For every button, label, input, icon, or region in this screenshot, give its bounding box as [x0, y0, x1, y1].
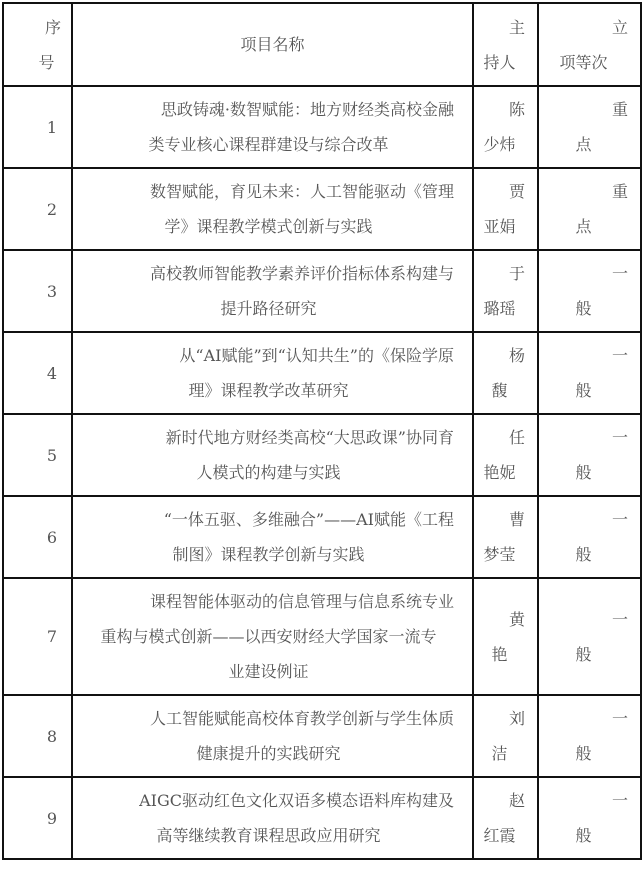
project-title: AIGC驱动红色文化双语多模态语料库构建及高等继续教育课程思政应用研究 [72, 777, 473, 859]
level-line1: 一 [539, 502, 628, 537]
project-table: 序 号 项目名称 主 持人 立 项等次 1思政铸魂·数智赋能：地方财经类高校金融… [2, 2, 642, 860]
host-line1: 于 [474, 256, 525, 291]
project-level: 一般 [538, 250, 641, 332]
host-line2: 艳 [474, 637, 525, 672]
level-line1: 一 [539, 338, 628, 373]
row-index: 1 [3, 86, 72, 168]
table-row: 3高校教师智能教学素养评价指标体系构建与提升路径研究于璐瑶一般 [3, 250, 641, 332]
project-title-line: 数智赋能，育见未来：人工智能驱动《管理 [83, 174, 454, 209]
project-title-line: 学》课程教学模式创新与实践 [83, 209, 454, 244]
header-host-line1: 主 [474, 10, 525, 45]
row-index: 8 [3, 695, 72, 777]
project-level: 重点 [538, 86, 641, 168]
project-title-line: 业建设例证 [83, 654, 454, 689]
level-line1: 重 [539, 92, 628, 127]
host-line1: 杨 [474, 338, 525, 373]
project-host: 贾亚娟 [473, 168, 538, 250]
table-row: 2数智赋能，育见未来：人工智能驱动《管理学》课程教学模式创新与实践贾亚娟重点 [3, 168, 641, 250]
project-host: 陈少炜 [473, 86, 538, 168]
table-row: 7课程智能体驱动的信息管理与信息系统专业重构与模式创新——以西安财经大学国家一流… [3, 578, 641, 695]
project-title: 新时代地方财经类高校“大思政课”协同育人模式的构建与实践 [72, 414, 473, 496]
project-title-line: 新时代地方财经类高校“大思政课”协同育 [83, 420, 454, 455]
host-line2: 亚娟 [474, 209, 525, 244]
level-line1: 一 [539, 701, 628, 736]
header-host: 主 持人 [473, 3, 538, 86]
level-line1: 一 [539, 783, 628, 818]
project-title-line: 健康提升的实践研究 [83, 736, 454, 771]
table-row: 8人工智能赋能高校体育教学创新与学生体质健康提升的实践研究刘洁一般 [3, 695, 641, 777]
project-level: 一般 [538, 332, 641, 414]
host-line2: 馥 [474, 373, 525, 408]
project-title: 数智赋能，育见未来：人工智能驱动《管理学》课程教学模式创新与实践 [72, 168, 473, 250]
table-row: 6“一体五驱、多维融合”——AI赋能《工程制图》课程教学创新与实践曹梦莹一般 [3, 496, 641, 578]
project-level: 一般 [538, 578, 641, 695]
host-line1: 赵 [474, 783, 525, 818]
header-row: 序 号 项目名称 主 持人 立 项等次 [3, 3, 641, 86]
level-line2: 般 [539, 373, 628, 408]
header-index: 序 号 [3, 3, 72, 86]
host-line1: 曹 [474, 502, 525, 537]
header-index-line2: 号 [4, 45, 61, 80]
host-line1: 任 [474, 420, 525, 455]
project-title-line: 高校教师智能教学素养评价指标体系构建与 [83, 256, 454, 291]
level-line2: 般 [539, 818, 628, 853]
project-host: 黄艳 [473, 578, 538, 695]
table-row: 9AIGC驱动红色文化双语多模态语料库构建及高等继续教育课程思政应用研究赵红霞一… [3, 777, 641, 859]
project-title-line: 重构与模式创新——以西安财经大学国家一流专 [83, 619, 454, 654]
project-host: 赵红霞 [473, 777, 538, 859]
row-index: 6 [3, 496, 72, 578]
project-title: 高校教师智能教学素养评价指标体系构建与提升路径研究 [72, 250, 473, 332]
project-host: 杨馥 [473, 332, 538, 414]
project-title-line: 理》课程教学改革研究 [83, 373, 454, 408]
project-title-line: 课程智能体驱动的信息管理与信息系统专业 [83, 584, 454, 619]
project-title-line: 人模式的构建与实践 [83, 455, 454, 490]
host-line2: 少炜 [474, 127, 525, 162]
level-line2: 点 [539, 127, 628, 162]
project-title: “一体五驱、多维融合”——AI赋能《工程制图》课程教学创新与实践 [72, 496, 473, 578]
row-index: 2 [3, 168, 72, 250]
level-line2: 般 [539, 291, 628, 326]
header-host-line2: 持人 [474, 45, 525, 80]
project-host: 曹梦莹 [473, 496, 538, 578]
level-line1: 一 [539, 602, 628, 637]
project-title: 从“AI赋能”到“认知共生”的《保险学原理》课程教学改革研究 [72, 332, 473, 414]
host-line2: 艳妮 [474, 455, 525, 490]
project-level: 一般 [538, 414, 641, 496]
project-title-line: 思政铸魂·数智赋能：地方财经类高校金融 [83, 92, 454, 127]
header-level-line2: 项等次 [539, 45, 628, 80]
level-line2: 般 [539, 537, 628, 572]
project-host: 任艳妮 [473, 414, 538, 496]
host-line2: 洁 [474, 736, 525, 771]
project-title-line: 人工智能赋能高校体育教学创新与学生体质 [83, 701, 454, 736]
table-row: 5新时代地方财经类高校“大思政课”协同育人模式的构建与实践任艳妮一般 [3, 414, 641, 496]
level-line2: 般 [539, 455, 628, 490]
header-index-line1: 序 [4, 10, 61, 45]
row-index: 5 [3, 414, 72, 496]
project-title-line: “一体五驱、多维融合”——AI赋能《工程 [83, 502, 454, 537]
host-line1: 刘 [474, 701, 525, 736]
level-line2: 般 [539, 736, 628, 771]
row-index: 4 [3, 332, 72, 414]
project-title-line: 类专业核心课程群建设与综合改革 [83, 127, 454, 162]
project-host: 于璐瑶 [473, 250, 538, 332]
project-title: 人工智能赋能高校体育教学创新与学生体质健康提升的实践研究 [72, 695, 473, 777]
host-line1: 贾 [474, 174, 525, 209]
host-line1: 陈 [474, 92, 525, 127]
header-level: 立 项等次 [538, 3, 641, 86]
level-line1: 一 [539, 256, 628, 291]
level-line1: 重 [539, 174, 628, 209]
row-index: 9 [3, 777, 72, 859]
table-row: 1思政铸魂·数智赋能：地方财经类高校金融类专业核心课程群建设与综合改革陈少炜重点 [3, 86, 641, 168]
row-index: 7 [3, 578, 72, 695]
level-line2: 点 [539, 209, 628, 244]
level-line1: 一 [539, 420, 628, 455]
project-host: 刘洁 [473, 695, 538, 777]
project-title-line: 高等继续教育课程思政应用研究 [83, 818, 454, 853]
host-line1: 黄 [474, 602, 525, 637]
project-level: 一般 [538, 496, 641, 578]
project-level: 重点 [538, 168, 641, 250]
project-level: 一般 [538, 777, 641, 859]
project-title-line: 提升路径研究 [83, 291, 454, 326]
table-row: 4从“AI赋能”到“认知共生”的《保险学原理》课程教学改革研究杨馥一般 [3, 332, 641, 414]
project-title: 课程智能体驱动的信息管理与信息系统专业重构与模式创新——以西安财经大学国家一流专… [72, 578, 473, 695]
project-level: 一般 [538, 695, 641, 777]
project-title-line: 从“AI赋能”到“认知共生”的《保险学原 [83, 338, 454, 373]
project-title: 思政铸魂·数智赋能：地方财经类高校金融类专业核心课程群建设与综合改革 [72, 86, 473, 168]
host-line2: 梦莹 [474, 537, 525, 572]
level-line2: 般 [539, 637, 628, 672]
project-title-line: AIGC驱动红色文化双语多模态语料库构建及 [83, 783, 454, 818]
project-title-line: 制图》课程教学创新与实践 [83, 537, 454, 572]
host-line2: 璐瑶 [474, 291, 525, 326]
header-title: 项目名称 [72, 3, 473, 86]
host-line2: 红霞 [474, 818, 525, 853]
row-index: 3 [3, 250, 72, 332]
header-level-line1: 立 [539, 10, 628, 45]
